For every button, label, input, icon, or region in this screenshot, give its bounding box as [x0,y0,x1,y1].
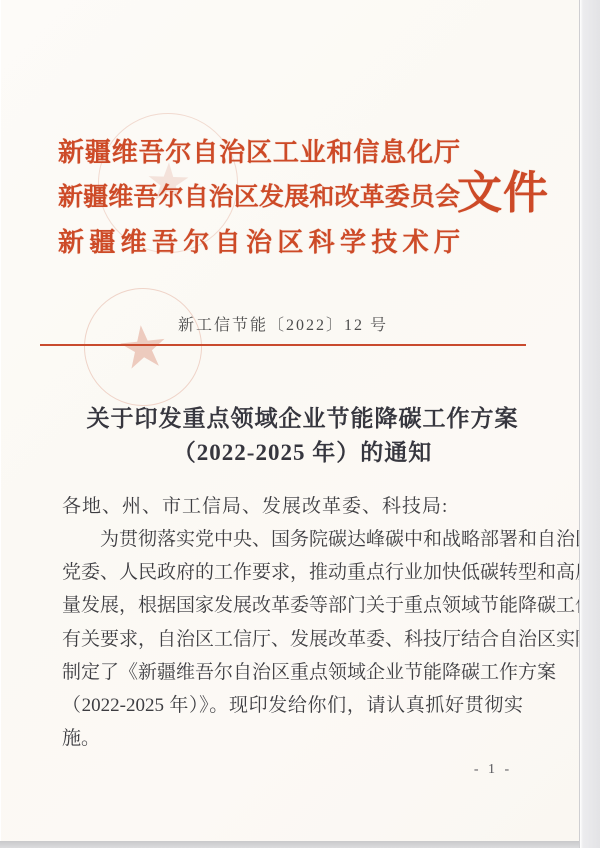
body-line: 有关要求，自治区工信厅、发展改革委、科技厅结合自治区实际 [62,623,523,656]
document-page: ★ ★ 新疆维吾尔自治区工业和信息化厅 新疆维吾尔自治区发展和改革委员会 新疆维… [0,0,579,841]
body-line: 制定了《新疆维吾尔自治区重点领域企业节能降碳工作方案 [62,656,523,689]
scanned-document: ★ ★ 新疆维吾尔自治区工业和信息化厅 新疆维吾尔自治区发展和改革委员会 新疆维… [0,0,600,848]
document-title-line-2: （2022-2025 年）的通知 [30,436,575,470]
body-paragraph: 为贯彻落实党中央、国务院碳达峰碳中和战略部署和自治区 党委、人民政府的工作要求，… [62,523,523,755]
document-type-label: 文件 [457,167,549,219]
official-seal-watermark-bottom: ★ [78,282,208,412]
agency-name-industry-it: 新疆维吾尔自治区工业和信息化厅 [58,130,460,175]
red-header-divider [40,344,526,346]
document-reference-number: 新工信节能〔2022〕12 号 [40,312,526,335]
body-line: 党委、人民政府的工作要求，推动重点行业加快低碳转型和高质 [62,556,523,589]
body-line: （2022-2025 年）》。现印发给你们，请认真抓好贯彻实施。 [62,689,523,755]
agency-name-science-tech: 新疆维吾尔自治区科学技术厅 [58,220,460,265]
body-line: 为贯彻落实党中央、国务院碳达峰碳中和战略部署和自治区 [62,523,523,556]
document-title-line-1: 关于印发重点领域企业节能降碳工作方案 [30,402,575,436]
scan-edge-right [579,0,600,848]
salutation-line: 各地、州、市工信局、发展改革委、科技局: [62,491,532,518]
document-title: 关于印发重点领域企业节能降碳工作方案 （2022-2025 年）的通知 [30,402,575,470]
page-number: - 1 - [445,762,541,778]
scan-edge-bottom [0,841,579,848]
body-line: 量发展，根据国家发展改革委等部门关于重点领域节能降碳工作 [62,589,523,622]
letterhead-agency-names: 新疆维吾尔自治区工业和信息化厅 新疆维吾尔自治区发展和改革委员会 新疆维吾尔自治… [58,130,460,265]
agency-name-development-reform: 新疆维吾尔自治区发展和改革委员会 [58,175,460,220]
